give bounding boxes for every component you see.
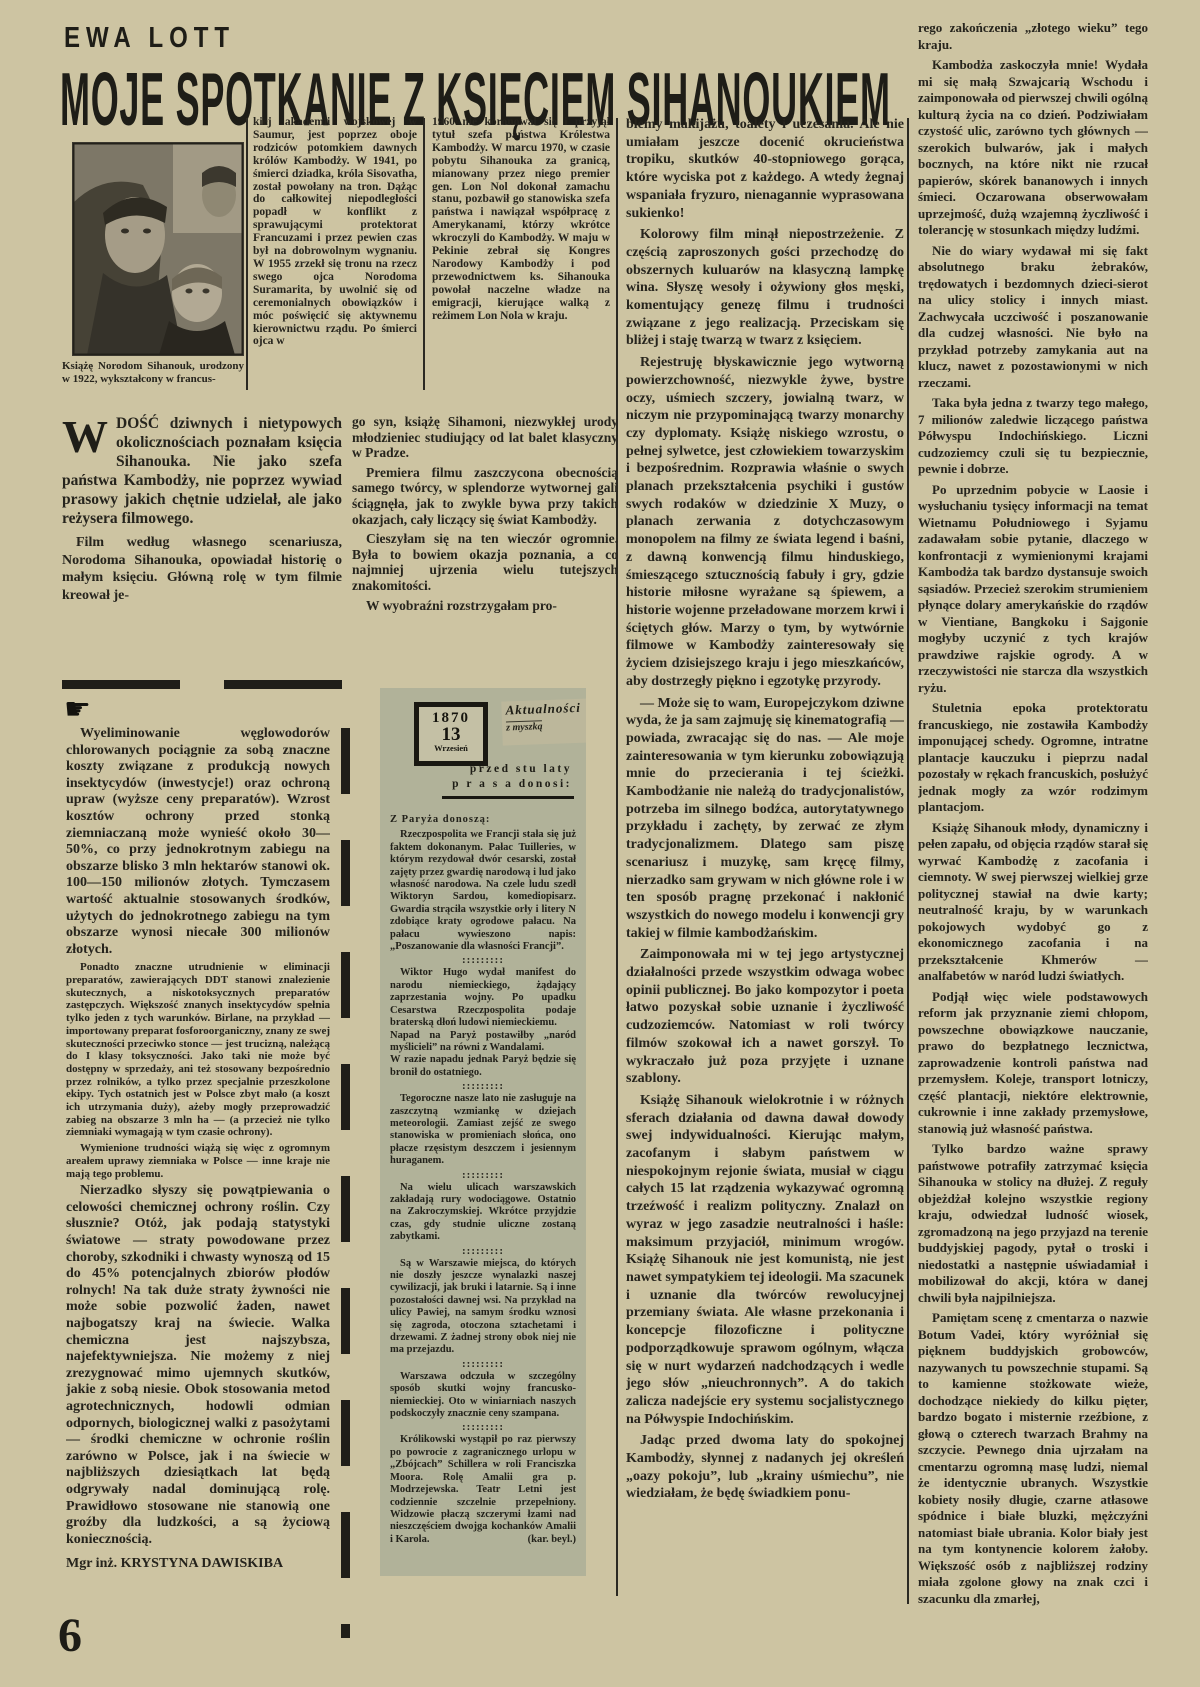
paragraph: Rejestruję błyskawicznie jego wytworną p… [626,354,904,690]
news-item: Są w Warszawie miejsca, do których nie d… [390,1258,576,1357]
paragraph: Film według własnego scenariusza, Norodo… [62,534,342,604]
stamp-month: Wrzesień [419,743,483,754]
stamp-day: 13 [419,726,483,743]
aktualnosci-logo: Aktualności z myszką [501,698,586,745]
paragraph: Zaimponowała mi w tej jego artystycznej … [626,946,904,1088]
news-item: Rzeczpospolita we Francji stała się już … [390,829,576,953]
paragraph: Podjął więc wiele podstawowych reform ja… [918,989,1148,1138]
item-separator: ::::::::: [390,1420,576,1434]
paragraph: Cieszyłam się na ten wieczór ogromnie. B… [352,531,618,593]
photo-caption: Książę Norodom Sihanouk, urodzony w 1922… [62,360,244,385]
paragraph: — Może się to wam, Europejczykom dziwne … [626,695,904,943]
paragraph: Jadąc przed dwoma laty do spokojnej Kamb… [626,1432,904,1503]
lead-column: WDOŚĆ dziwnych i nietypowych okolicznośc… [62,414,342,640]
mid-column: go syn, książę Sihamoni, niezwykłej urod… [352,414,618,614]
paragraph: Nierzadko słyszy się powątpiewania o cel… [66,1183,330,1548]
paragraph: Stuletnia epoka protektoratu francuskieg… [918,700,1148,816]
paragraph: kiej akademii wojskowej w Saumur, jest p… [253,116,417,348]
drop-cap: W [62,418,108,456]
history-box-header: 1870 13 Wrzesień Aktualności z myszką pr… [390,696,576,812]
kicker-line1: przed stu laty [452,762,572,777]
sihanouk-photo [72,142,244,356]
paragraph: W wyobraźni rozstrzygałam pro- [352,598,618,614]
main-column-5: rego zakończenia „złotego wieku” tego kr… [918,20,1148,1624]
pointing-hand-icon: ☛ [64,692,91,727]
insecticide-box-content: Wyeliminowanie węglowodorów chlorowanych… [66,726,330,1638]
item-separator: ::::::::: [390,1244,576,1258]
news-item: Tegoroczne nasze lato nie zasługuje na z… [390,1093,576,1167]
intro-column-1: kiej akademii wojskowej w Saumur, jest p… [253,116,417,394]
news-item: Warszawa odczuła w szczególny sposób sku… [390,1371,576,1421]
logo-line2: z myszką [506,720,543,734]
dashed-border-top [62,680,350,689]
paragraph: rego zakończenia „złotego wieku” tego kr… [918,20,1148,53]
item-separator: ::::::::: [390,1168,576,1182]
intro-column-2: 1960 nie koronował się i przyjął tytuł s… [432,116,610,394]
newspaper-page: { "page_number": "6", "masthead": { "aut… [0,0,1200,1687]
paragraph: Książę Sihanouk młody, dynamiczny i pełe… [918,820,1148,985]
paragraph: blemy makijażu, toalety i uczesania. Ale… [626,116,904,222]
column-rule [907,118,909,1604]
paragraph: Premiera filmu zaszczycona obecnością sa… [352,465,618,527]
kicker-line2: p r a s a donosi: [452,777,572,792]
page-number: 6 [58,1608,82,1663]
news-item: Królikowski wystąpił po raz pierwszy po … [390,1434,576,1546]
paragraph: Kambodża zaskoczyła mnie! Wydała mi się … [918,57,1148,239]
paragraph: Książę Sihanouk wielokrotnie i w różnych… [626,1092,904,1428]
dashed-border-right [341,728,350,1638]
paragraph: Po uprzednim pobycie w Laosie i wysłucha… [918,482,1148,697]
kicker-rule [442,796,574,799]
photo-image [73,143,243,355]
insecticide-box: ☛ Wyeliminowanie węglowodorów chlorowany… [62,680,350,1638]
news-item: Wiktor Hugo wydał manifest do narodu nie… [390,967,576,1079]
paragraph: Kolorowy film minął niepostrzeżenie. Z c… [626,226,904,350]
paragraph: Wyeliminowanie węglowodorów chlorowanych… [66,726,330,958]
column-rule [423,118,425,390]
item-separator: ::::::::: [390,1357,576,1371]
paragraph: Wymienione trudności wiążą się więc z og… [66,1142,330,1180]
paragraph: Ponadto znaczne utrudnienie w eliminacji… [66,961,330,1139]
paragraph: Taka była jedna z twarzy tego małego, 7 … [918,395,1148,478]
date-stamp: 1870 13 Wrzesień [414,702,488,766]
item-separator: ::::::::: [390,953,576,967]
main-column-4: blemy makijażu, toalety i uczesania. Ale… [626,116,904,1602]
dateline: Z Paryża donoszą: [390,814,576,826]
history-box: 1870 13 Wrzesień Aktualności z myszką pr… [380,688,586,1576]
item-separator: ::::::::: [390,1079,576,1093]
paragraph: Nie do wiary wydawał mi się fakt absolut… [918,243,1148,392]
paragraph: Pamiętam scenę z cmentarza o nazwie Botu… [918,1310,1148,1607]
author-byline: EWA LOTT [64,22,235,56]
logo-line1: Aktualności [505,701,586,718]
paragraph: go syn, książę Sihamoni, niezwykłej urod… [352,414,618,461]
paragraph: Tylko bardzo ważne sprawy państwowe potr… [918,1141,1148,1306]
column-rule [246,118,248,390]
history-box-body: Z Paryża donoszą: Rzeczpospolita we Fran… [390,814,576,1547]
paragraph: 1960 nie koronował się i przyjął tytuł s… [432,116,610,323]
kicker: przed stu laty p r a s a donosi: [452,762,572,792]
author-signature: Mgr inż. KRYSTYNA DAWISKIBA [66,1556,330,1572]
news-item: Na wielu ulicach warszawskich zakładają … [390,1182,576,1244]
column-rule [616,118,618,1596]
